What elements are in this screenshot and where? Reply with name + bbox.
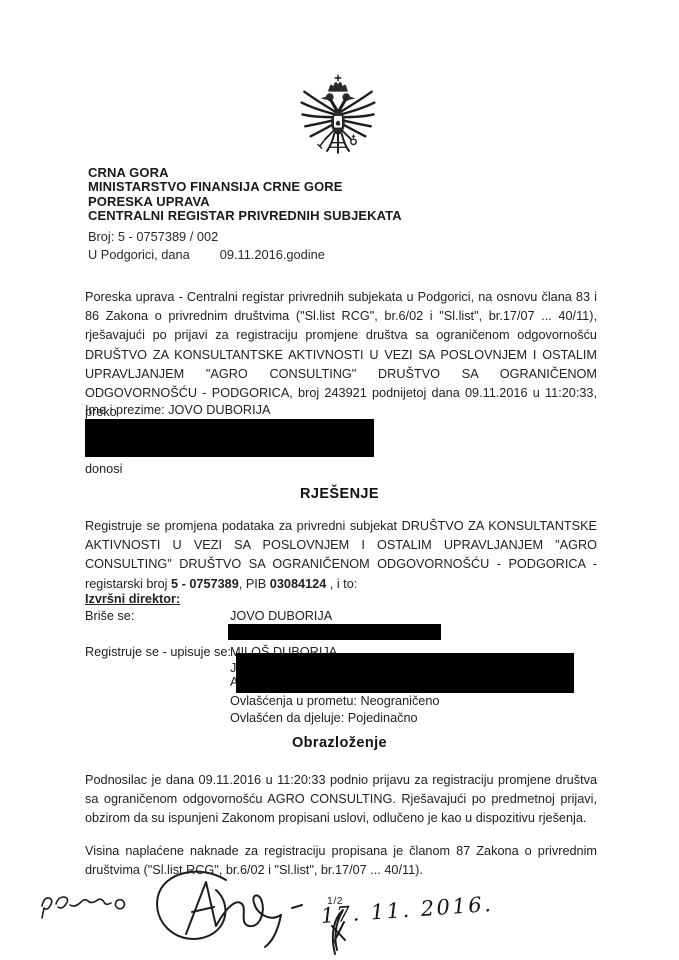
authority-line-1: Ovlašćenja u prometu: Neograničeno	[230, 694, 439, 708]
section-title-executive-director: Izvršni direktor:	[85, 592, 180, 606]
redaction-box-2	[228, 624, 441, 640]
letterhead-ministry: MINISTARSTVO FINANSIJA CRNE GORE	[88, 180, 402, 194]
place-date-line: U Podgorici, dana09.11.2016.godine	[88, 246, 402, 263]
letterhead-registry: CENTRALNI REGISTAR PRIVREDNIH SUBJEKATA	[88, 209, 402, 223]
decision-text-after: , i to:	[326, 577, 357, 591]
letterhead-administration: PORESKA UPRAVA	[88, 195, 402, 209]
decision-paragraph: Registruje se promjena podataka za privr…	[85, 517, 597, 594]
signature-and-handwritten-note	[30, 862, 360, 957]
document-number: Broj: 5 - 0757389 / 002	[88, 228, 402, 245]
registry-number: 5 - 0757389	[171, 577, 239, 591]
statement-paragraph-1: Podnosilac je dana 09.11.2016 u 11:20:33…	[85, 771, 597, 829]
delete-value: JOVO DUBORIJA	[230, 609, 332, 623]
decision-title: RJEŠENJE	[0, 486, 679, 502]
statement-title: Obrazloženje	[0, 735, 679, 751]
submitter-name-line: Ime i prezime: JOVO DUBORIJA	[85, 403, 270, 417]
coat-of-arms-montenegro-icon	[297, 72, 379, 166]
pib-number: 03084124	[270, 577, 326, 591]
delete-label: Briše se:	[85, 609, 134, 623]
scanned-document-page: CRNA GORA MINISTARSTVO FINANSIJA CRNE GO…	[0, 0, 679, 960]
decision-text-mid: , PIB	[239, 577, 270, 591]
redaction-box-3	[236, 653, 574, 693]
handwritten-note-icon	[42, 897, 124, 918]
letterhead-country: CRNA GORA	[88, 166, 402, 180]
date-correction-scribble-icon	[332, 910, 345, 954]
redaction-box-1	[85, 419, 374, 457]
donosi-line: donosi	[85, 462, 122, 476]
register-label: Registruje se - upisuje se:	[85, 645, 231, 659]
place-label: U Podgorici, dana	[88, 247, 190, 262]
date-value: 09.11.2016.godine	[220, 247, 325, 262]
authority-line-2: Ovlašćen da djeluje: Pojedinačno	[230, 711, 418, 725]
letterhead: CRNA GORA MINISTARSTVO FINANSIJA CRNE GO…	[88, 166, 402, 263]
signature-icon	[157, 872, 302, 947]
